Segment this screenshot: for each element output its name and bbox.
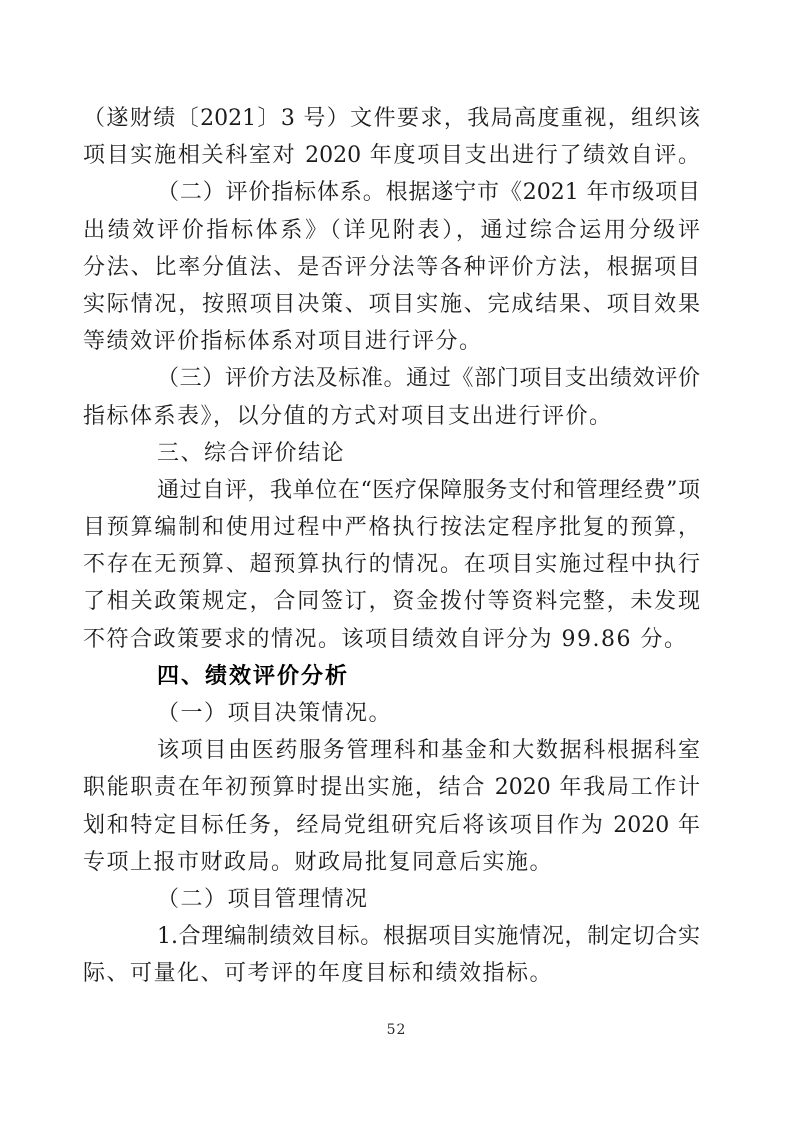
- text-line: （三）评价方法及标准。通过《部门项目支出绩效评价: [83, 360, 700, 397]
- text-line: 职能职责在年初预算时提出实施，结合 2020 年我局工作计: [83, 769, 700, 806]
- text-line: （二）评价指标体系。根据遂宁市《2021 年市级项目支: [83, 174, 700, 211]
- text-line: 际、可量化、可考评的年度目标和绩效指标。: [83, 955, 700, 992]
- section-heading-3: 三、综合评价结论: [83, 435, 700, 472]
- document-text-block: （遂财绩〔2021〕3 号）文件要求，我局高度重视，组织该 项目实施相关科室对 …: [83, 100, 700, 993]
- text-line: 通过自评，我单位在“医疗保障服务支付和管理经费”项: [83, 472, 700, 509]
- text-line: 不存在无预算、超预算执行的情况。在项目实施过程中执行: [83, 546, 700, 583]
- text-line: 等绩效评价指标体系对项目进行评分。: [83, 323, 700, 360]
- text-line: 目预算编制和使用过程中严格执行按法定程序批复的预算，: [83, 509, 700, 546]
- text-line: 该项目由医药服务管理科和基金和大数据科根据科室: [83, 732, 700, 769]
- text-line: 指标体系表》，以分值的方式对项目支出进行评价。: [83, 398, 700, 435]
- text-line: 项目实施相关科室对 2020 年度项目支出进行了绩效自评。: [83, 137, 700, 174]
- subsection-heading: （一）项目决策情况。: [83, 695, 700, 732]
- document-page: （遂财绩〔2021〕3 号）文件要求，我局高度重视，组织该 项目实施相关科室对 …: [0, 0, 793, 1122]
- text-line: 1.合理编制绩效目标。根据项目实施情况，制定切合实: [83, 918, 700, 955]
- page-number: 52: [0, 1022, 793, 1038]
- text-line: 划和特定目标任务，经局党组研究后将该项目作为 2020 年: [83, 807, 700, 844]
- text-line: 实际情况，按照项目决策、项目实施、完成结果、项目效果: [83, 286, 700, 323]
- text-line: 分法、比率分值法、是否评分法等各种评价方法，根据项目: [83, 249, 700, 286]
- text-line: （遂财绩〔2021〕3 号）文件要求，我局高度重视，组织该: [83, 100, 700, 137]
- text-line: 出绩效评价指标体系》（详见附表），通过综合运用分级评: [83, 212, 700, 249]
- section-heading-4: 四、绩效评价分析: [83, 658, 700, 695]
- text-line: 不符合政策要求的情况。该项目绩效自评分为 99.86 分。: [83, 621, 700, 658]
- subsection-heading: （二）项目管理情况: [83, 881, 700, 918]
- text-line: 专项上报市财政局。财政局批复同意后实施。: [83, 844, 700, 881]
- text-line: 了相关政策规定，合同签订，资金拨付等资料完整，未发现: [83, 583, 700, 620]
